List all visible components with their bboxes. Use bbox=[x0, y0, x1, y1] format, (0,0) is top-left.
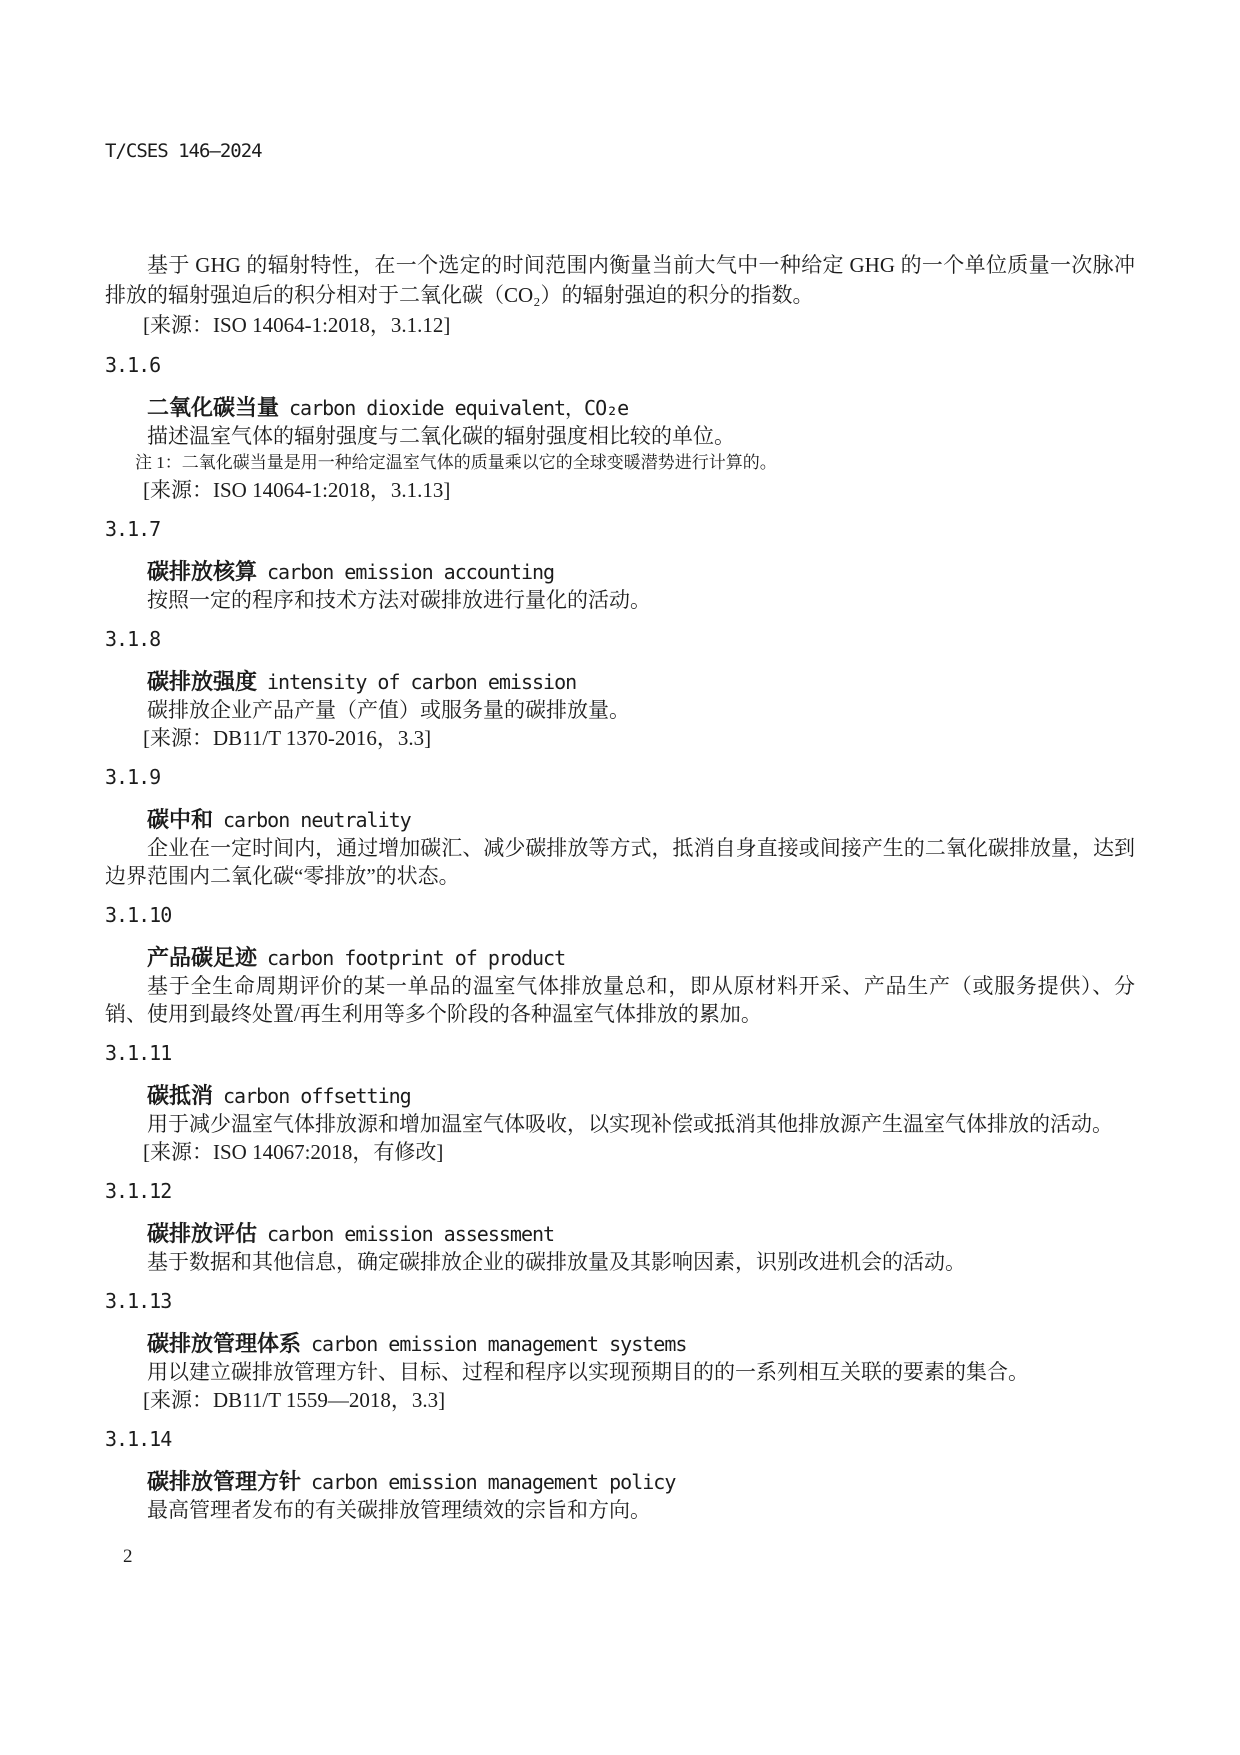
term-entry-3-1-11: 3.1.11 碳抵消carbon offsetting 用于减少温室气体排放源和… bbox=[105, 1042, 1135, 1166]
term-number: 3.1.8 bbox=[105, 628, 1135, 650]
term-source: [来源：DB11/T 1370-2016，3.3] bbox=[105, 724, 1135, 752]
term-title-en: carbon offsetting bbox=[223, 1084, 411, 1108]
term-title-zh: 碳排放评估 bbox=[147, 1221, 257, 1246]
term-definition: 描述温室气体的辐射强度与二氧化碳的辐射强度相比较的单位。 bbox=[105, 422, 1135, 450]
term-number: 3.1.7 bbox=[105, 518, 1135, 540]
term-definition: 用以建立碳排放管理方针、目标、过程和程序以实现预期目的的一系列相互关联的要素的集… bbox=[105, 1358, 1135, 1386]
term-definition: 最高管理者发布的有关碳排放管理绩效的宗旨和方向。 bbox=[105, 1496, 1135, 1524]
term-number: 3.1.13 bbox=[105, 1290, 1135, 1312]
term-source: [来源：ISO 14067:2018，有修改] bbox=[105, 1138, 1135, 1166]
term-title-en: intensity of carbon emission bbox=[267, 670, 576, 694]
intro-definition-text: 基于 GHG 的辐射特性，在一个选定的时间范围内衡量当前大气中一种给定 GHG … bbox=[105, 250, 1135, 310]
term-entry-3-1-8: 3.1.8 碳排放强度intensity of carbon emission … bbox=[105, 628, 1135, 752]
term-entry-3-1-10: 3.1.10 产品碳足迹carbon footprint of product … bbox=[105, 904, 1135, 1028]
page-number: 2 bbox=[105, 1544, 1135, 1570]
term-title: 碳抵消carbon offsetting bbox=[105, 1082, 1135, 1110]
term-title: 产品碳足迹carbon footprint of product bbox=[105, 944, 1135, 972]
term-number: 3.1.10 bbox=[105, 904, 1135, 926]
term-title-en: carbon emission management systems bbox=[311, 1332, 686, 1356]
document-code: T/CSES 146—2024 bbox=[105, 140, 1135, 162]
term-number: 3.1.6 bbox=[105, 354, 1135, 376]
term-title-zh: 碳排放核算 bbox=[147, 559, 257, 584]
term-definition: 碳排放企业产品产量（产值）或服务量的碳排放量。 bbox=[105, 696, 1135, 724]
document-page: T/CSES 146—2024 基于 GHG 的辐射特性，在一个选定的时间范围内… bbox=[0, 0, 1240, 1755]
term-title: 碳排放管理方针carbon emission management policy bbox=[105, 1468, 1135, 1496]
term-title-zh: 碳排放管理体系 bbox=[147, 1331, 301, 1356]
term-entry-3-1-9: 3.1.9 碳中和carbon neutrality 企业在一定时间内，通过增加… bbox=[105, 766, 1135, 890]
term-number: 3.1.11 bbox=[105, 1042, 1135, 1064]
term-title: 碳排放管理体系carbon emission management system… bbox=[105, 1330, 1135, 1358]
term-entry-3-1-14: 3.1.14 碳排放管理方针carbon emission management… bbox=[105, 1428, 1135, 1524]
term-entry-3-1-12: 3.1.12 碳排放评估carbon emission assessment 基… bbox=[105, 1180, 1135, 1276]
term-title-zh: 产品碳足迹 bbox=[147, 945, 257, 970]
term-definition: 按照一定的程序和技术方法对碳排放进行量化的活动。 bbox=[105, 586, 1135, 614]
term-title-zh: 碳排放管理方针 bbox=[147, 1469, 301, 1494]
term-title: 碳排放核算carbon emission accounting bbox=[105, 558, 1135, 586]
term-definition: 企业在一定时间内，通过增加碳汇、减少碳排放等方式，抵消自身直接或间接产生的二氧化… bbox=[105, 834, 1135, 890]
term-number: 3.1.14 bbox=[105, 1428, 1135, 1450]
term-title-en: carbon emission assessment bbox=[267, 1222, 554, 1246]
term-source: [来源：DB11/T 1559—2018，3.3] bbox=[105, 1386, 1135, 1414]
term-source: [来源：ISO 14064-1:2018，3.1.13] bbox=[105, 476, 1135, 504]
term-title-en: carbon footprint of product bbox=[267, 946, 565, 970]
term-entry-3-1-7: 3.1.7 碳排放核算carbon emission accounting 按照… bbox=[105, 518, 1135, 614]
term-number: 3.1.9 bbox=[105, 766, 1135, 788]
term-title: 碳排放评估carbon emission assessment bbox=[105, 1220, 1135, 1248]
term-title: 碳排放强度intensity of carbon emission bbox=[105, 668, 1135, 696]
term-title-en: carbon dioxide equivalent，CO₂e bbox=[289, 396, 628, 420]
term-title-en: carbon emission management policy bbox=[311, 1470, 675, 1494]
term-title-en: carbon neutrality bbox=[223, 808, 411, 832]
term-title-zh: 碳中和 bbox=[147, 807, 213, 832]
term-title: 二氧化碳当量carbon dioxide equivalent，CO₂e bbox=[105, 394, 1135, 422]
term-entry-3-1-13: 3.1.13 碳排放管理体系carbon emission management… bbox=[105, 1290, 1135, 1414]
term-title-zh: 碳排放强度 bbox=[147, 669, 257, 694]
intro-source: [来源：ISO 14064-1:2018，3.1.12] bbox=[105, 310, 1135, 340]
term-title-zh: 碳抵消 bbox=[147, 1083, 213, 1108]
term-number: 3.1.12 bbox=[105, 1180, 1135, 1202]
term-title: 碳中和carbon neutrality bbox=[105, 806, 1135, 834]
term-definition: 基于全生命周期评价的某一单品的温室气体排放量总和，即从原材料开采、产品生产（或服… bbox=[105, 972, 1135, 1028]
term-title-zh: 二氧化碳当量 bbox=[147, 395, 279, 420]
term-note: 注 1：二氧化碳当量是用一种给定温室气体的质量乘以它的全球变暖潜势进行计算的。 bbox=[105, 450, 1135, 476]
term-entry-3-1-6: 3.1.6 二氧化碳当量carbon dioxide equivalent，CO… bbox=[105, 354, 1135, 504]
term-title-en: carbon emission accounting bbox=[267, 560, 554, 584]
intro-definition-block: 基于 GHG 的辐射特性，在一个选定的时间范围内衡量当前大气中一种给定 GHG … bbox=[105, 250, 1135, 340]
term-definition: 基于数据和其他信息，确定碳排放企业的碳排放量及其影响因素，识别改进机会的活动。 bbox=[105, 1248, 1135, 1276]
term-definition: 用于减少温室气体排放源和增加温室气体吸收，以实现补偿或抵消其他排放源产生温室气体… bbox=[105, 1110, 1135, 1138]
